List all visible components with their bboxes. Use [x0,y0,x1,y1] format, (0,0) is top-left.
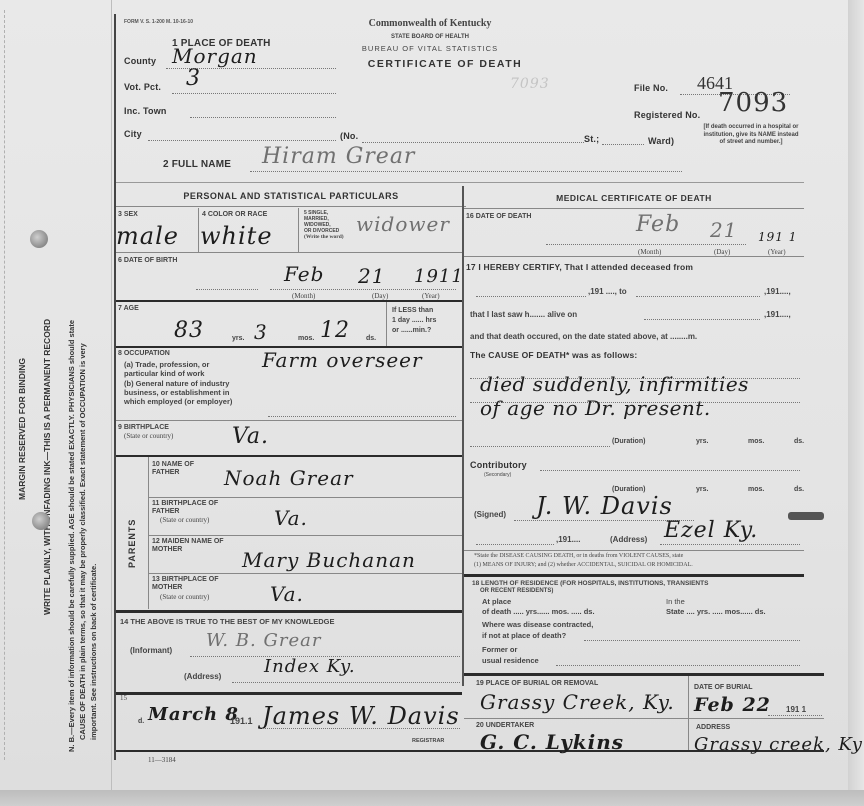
signed-label: (Signed) [474,510,506,519]
ward-line [602,144,644,145]
board-title: STATE BOARD OF HEALTH [370,34,490,40]
dob-day-caption: (Day) [372,292,388,300]
divider [116,300,462,302]
duration-mos-label: mos. [748,438,764,445]
at-place-line-2: of death ..... yrs...... mos. ..... ds. [482,607,595,616]
less-than-day-line: If LESS than [392,306,436,316]
filed-year: 191.1 [230,716,253,726]
filed-prefix: d. [138,718,144,725]
certify-line-2b: ,191...., [764,287,791,296]
footnote-line-2: (1) MEANS OF INJURY; and (2) whether ACC… [474,562,693,568]
divider [148,535,462,536]
vot-pct-line [172,93,336,94]
in-state-line-2: State .... yrs. ..... mos...... ds. [666,607,766,616]
dod-day: 21 [710,218,737,242]
duration-yrs-label: yrs. [696,438,708,445]
registrar-line [262,728,460,729]
occupation-b-line: which employed (or employer) [124,397,232,406]
dob-day: 21 [358,264,385,288]
former-residence-line-1: Former or [482,645,517,654]
dob-label: 6 DATE OF BIRTH [118,257,177,264]
dod-day-caption: (Day) [714,248,730,256]
registrar-signature: James W. Davis [262,702,460,730]
signed-date-line [476,544,554,545]
father-name-label: 10 NAME OF FATHER [152,461,212,477]
informant-value: W. B. Grear [206,630,321,651]
column-divider [462,186,464,686]
registrar-label: REGISTRAR [412,738,444,744]
date-of-death-label: 16 DATE OF DEATH [466,213,531,220]
informant-statement: 14 THE ABOVE IS TRUE TO THE BEST OF MY K… [120,617,334,626]
divider [116,692,462,695]
certify-line-3a: that I last saw h....... alive on [470,310,577,319]
race-label: 4 COLOR OR RACE [202,211,267,218]
instructions-line-3: important. See instructions on back of c… [89,564,98,740]
physician-address-label: (Address) [610,535,647,544]
dod-year-caption: (Year) [768,248,786,256]
burial-date-value: Feb 22 [694,694,771,716]
vot-pct-label: Vot. Pct. [124,82,161,92]
race-value: white [200,222,273,250]
county-value: Morgan [172,44,258,68]
dob-month-caption: (Month) [292,292,315,300]
divider [148,457,149,609]
divider [116,610,462,613]
form-number: FORM V. S. 1-200 M. 10-16-10 [124,19,193,25]
divider [116,420,462,421]
faint-stamp: 7093 [510,76,550,92]
secondary-label: (Secondary) [484,472,511,478]
occupation-value: Farm overseer [262,348,423,372]
former-residence-line [556,665,800,666]
occupation-b-label: (b) General nature of industry business,… [124,379,232,406]
father-birthplace-label: 11 BIRTHPLACE OF FATHER [152,500,228,516]
age-months-value: 3 [254,320,268,344]
inc-town-label: Inc. Town [124,106,167,116]
birthplace-value: Va. [232,424,269,449]
duration-ds-label: ds. [794,438,804,445]
certify-line-rule [636,296,760,297]
certify-line-3b: ,191...., [764,310,791,319]
divider [386,302,387,346]
physician-address-line [660,544,800,545]
date-of-death-line [546,244,746,245]
undertaker-address-value: Grassy creek, Ky [694,734,863,755]
at-place-line-1: At place [482,597,511,606]
sex-value: male [116,222,179,250]
hospital-note: [If death occurred in a hospital or inst… [700,124,802,147]
dob-year: 1911 [414,266,464,287]
less-than-day-line: or ......min.? [392,326,436,336]
vot-pct-value: 3 [186,66,201,91]
street-no-label: (No. [340,131,358,141]
medical-section-title: MEDICAL CERTIFICATE OF DEATH [464,193,804,203]
bureau-title: BUREAU OF VITAL STATISTICS [350,44,510,53]
instructions-line-1: N. B.—Every item of information should b… [67,320,76,752]
parents-side-label: PARENTS [127,519,137,568]
contributory-line [540,470,800,471]
contracted-line-2: if not at place of death? [482,631,566,640]
paper-bottom-shadow [0,790,864,806]
cause-label: The CAUSE OF DEATH* was as follows: [470,350,637,360]
full-name-label: 2 FULL NAME [163,159,231,170]
divider [298,208,299,252]
city-label: City [124,129,142,139]
dob-month: Feb [284,262,324,286]
certificate-title: CERTIFICATE OF DEATH [345,58,545,70]
mother-name-label: 12 MAIDEN NAME OF MOTHER [152,538,232,554]
marital-value: widower [356,212,450,236]
dob-line [196,289,258,290]
certify-line-4: and that death occured, on the date stat… [470,332,697,341]
undertaker-label: 20 UNDERTAKER [476,722,534,729]
paper-edge-shadow [848,0,864,806]
informant-address-line [232,682,460,683]
informant-address-label: (Address) [184,672,221,681]
full-name-line [250,171,682,172]
burial-date-year: 191 1 [786,705,806,714]
duration-line [470,446,610,447]
binding-margin: MARGIN RESERVED FOR BINDING WRITE PLAINL… [0,0,112,790]
divider [464,718,824,719]
birthplace-label: 9 BIRTHPLACE [118,424,169,431]
inc-town-line [190,117,336,118]
in-state-line-1: In the [666,597,685,606]
sex-label: 3 SEX [118,211,138,218]
age-days-label: ds. [366,335,376,342]
footnote-line-1: *State the DISEASE CAUSING DEATH, or in … [474,553,683,559]
occupation-a-line: (a) Trade, profession, or [124,360,209,369]
dod-year: 191 1 [758,230,797,244]
undertaker-address-label: ADDRESS [696,724,730,731]
filed-date: March 8 [148,704,239,725]
mother-name-value: Mary Buchanan [242,548,416,572]
form-code: 11—3184 [148,756,176,764]
signed-date-label: ,191.... [556,535,580,544]
cause-value-line-2: of age no Dr. present. [480,396,711,420]
margin-dashed-rule [4,10,5,760]
duration-mos-label-2: mos. [748,486,764,493]
filing-item-number: 15 [120,694,127,702]
county-label: County [124,56,156,66]
redacted-mark [788,512,824,520]
age-months-label: mos. [298,335,314,342]
physician-address-value: Ezel Ky. [664,518,758,543]
divider [464,256,804,257]
divider [148,573,462,574]
divider [116,455,462,457]
informant-label: (Informant) [130,646,172,655]
signed-value: J. W. Davis [536,492,673,520]
burial-date-line [768,715,822,716]
contracted-line-1: Where was disease contracted, [482,620,593,629]
burial-place-label: 19 PLACE OF BURIAL OR REMOVAL [476,680,598,687]
undertaker-value: G. C. Lykins [480,730,624,754]
cause-value-line-1: died suddenly, infirmities [480,372,749,396]
burial-place-value: Grassy Creek, Ky. [480,690,675,714]
occupation-b-line-rule [268,416,456,417]
father-birthplace-hint: (State or country) [160,516,209,524]
divider [116,206,466,207]
less-than-day-note: If LESS than 1 day ...... hrs or ......m… [392,306,436,336]
ink-note: WRITE PLAINLY, WITH UNFADING INK—THIS IS… [42,319,52,615]
duration-yrs-label-2: yrs. [696,486,708,493]
marital-hint: (Write the word) [304,234,364,240]
binding-hole-icon [32,512,50,530]
father-birthplace-value: Va. [274,506,308,530]
divider [148,497,462,498]
full-name-value: Hiram Grear [262,144,415,169]
marital-label: 5 SINGLE, MARRIED, WIDOWED, OR DIVORCED … [304,210,364,240]
certify-line-1: 17 I HEREBY CERTIFY, That I attended dec… [466,262,693,272]
contracted-line [584,640,800,641]
mother-birthplace-label: 13 BIRTHPLACE OF MOTHER [152,576,228,592]
registered-no-label: Registered No. [634,110,700,120]
divider [464,574,804,577]
dob-year-caption: (Year) [422,292,440,300]
occupation-b-line: business, or establishment in [124,388,232,397]
burial-date-label: DATE OF BURIAL [694,684,753,691]
binding-hole-icon [30,230,48,248]
dod-month-caption: (Month) [638,248,661,256]
mother-birthplace-hint: (State or country) [160,593,209,601]
file-no-label: File No. [634,83,668,93]
street-line [362,142,584,143]
dod-month: Feb [636,212,680,237]
ward-label: Ward) [648,136,674,146]
age-days-value: 12 [320,318,350,343]
mother-birthplace-value: Va. [270,582,304,606]
informant-address-value: Index Ky. [264,656,356,677]
age-years-label: yrs. [232,335,244,342]
divider [116,252,462,253]
street-st-label: St.; [584,134,599,144]
commonwealth-title: Commonwealth of Kentucky [340,18,520,29]
divider [688,676,689,750]
divider [464,550,804,551]
age-label: 7 AGE [118,305,139,312]
divider [464,208,804,209]
former-residence-line-2: usual residence [482,656,539,665]
binding-note: MARGIN RESERVED FOR BINDING [17,358,27,500]
divider [464,673,824,676]
occupation-a-label: (a) Trade, profession, or particular kin… [124,360,209,378]
city-line [148,140,336,141]
occupation-a-line: particular kind of work [124,369,209,378]
divider [198,208,199,252]
duration-label: (Duration) [612,438,645,445]
birthplace-hint: (State or country) [124,432,173,440]
age-years-value: 83 [174,318,204,343]
registered-no-value: 7093 [718,88,788,118]
occupation-b-line: (b) General nature of industry [124,379,232,388]
certify-line-2a: ,191 ...., to [588,287,627,296]
personal-section-title: PERSONAL AND STATISTICAL PARTICULARS [116,191,466,201]
contributory-label: Contributory [470,460,527,470]
certify-line-rule [476,296,586,297]
instructions-line-2: CAUSE OF DEATH in plain terms, so that i… [78,343,87,740]
father-name-value: Noah Grear [224,466,354,490]
occupation-label: 8 OCCUPATION [118,350,170,357]
dob-line [270,289,456,290]
header-divider [116,182,804,183]
residence-label-line-1: 18 LENGTH OF RESIDENCE (FOR HOSPITALS, I… [472,580,708,587]
certify-line-rule [644,319,760,320]
residence-label-line-2: OR RECENT RESIDENTS) [480,588,553,594]
duration-ds-label-2: ds. [794,486,804,493]
less-than-day-line: 1 day ...... hrs [392,316,436,326]
